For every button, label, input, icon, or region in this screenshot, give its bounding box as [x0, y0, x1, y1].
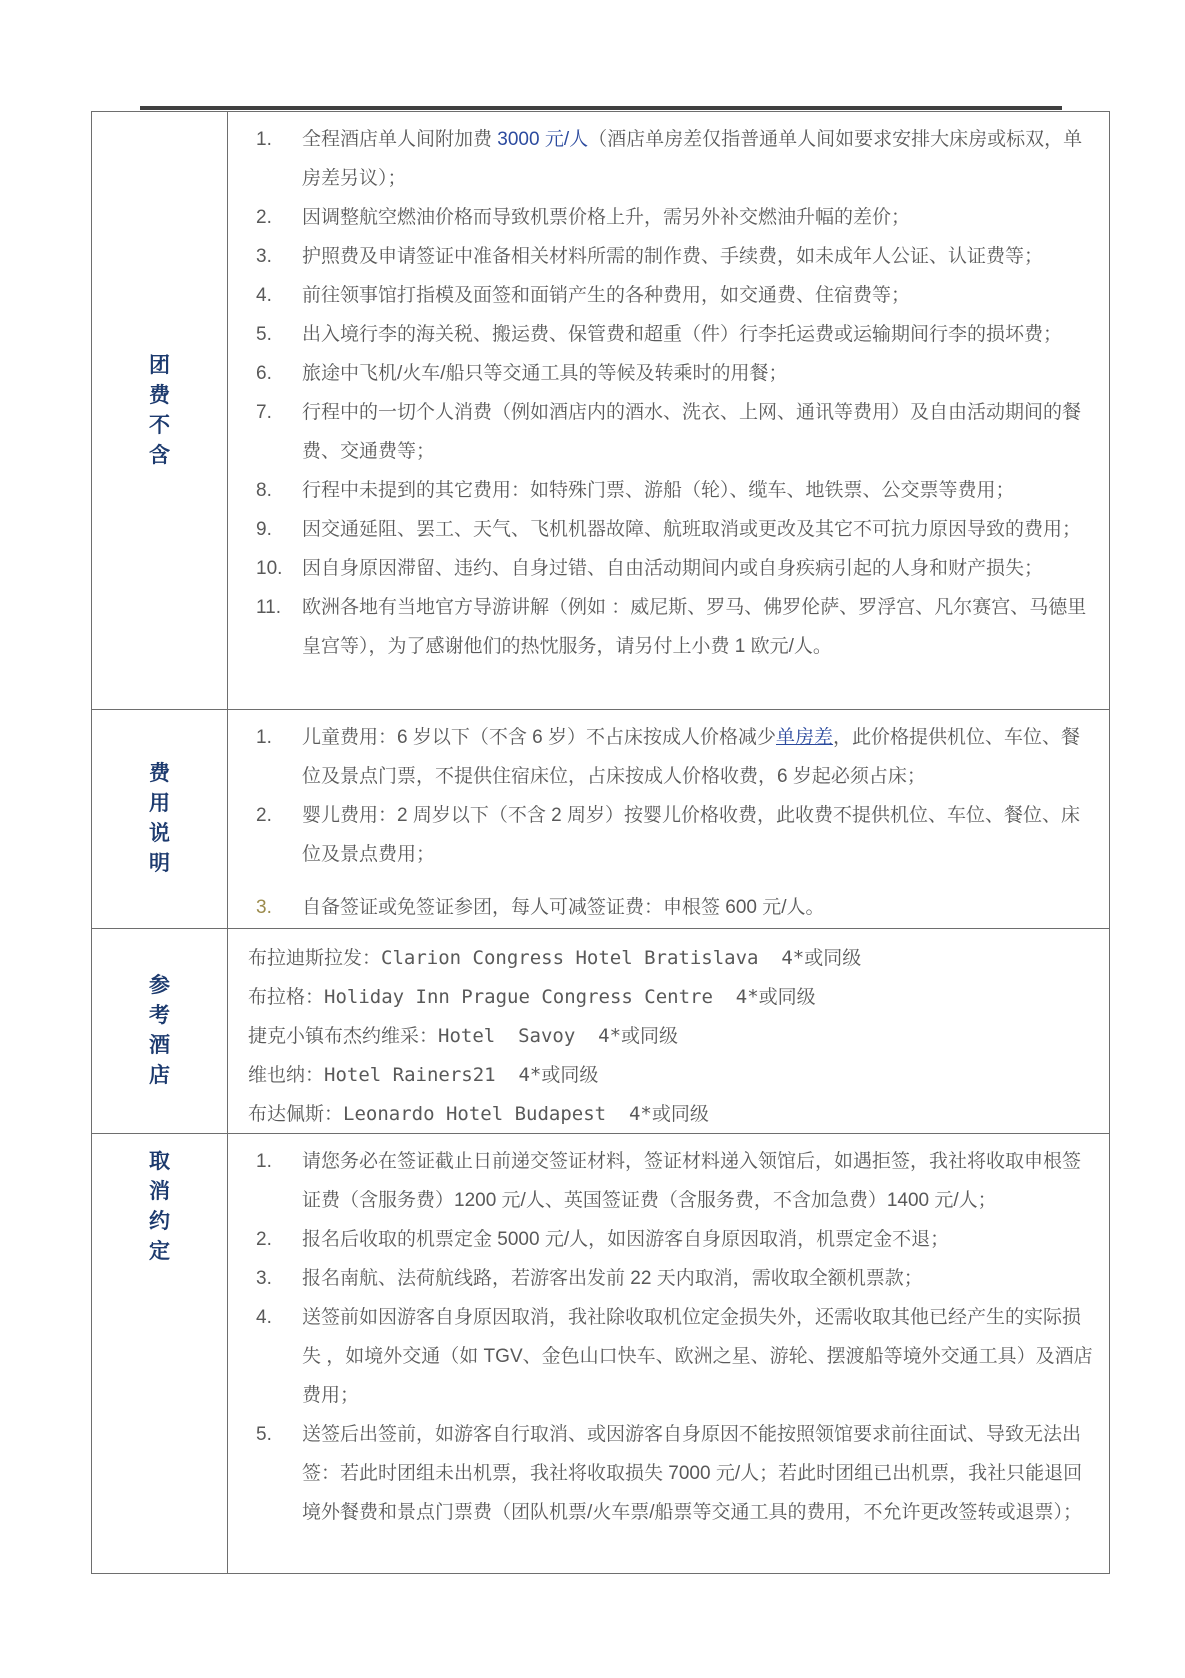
list-item: 3. 护照费及申请签证中准备相关材料所需的制作费、手续费，如未成年人公证、认证费… [256, 237, 1097, 276]
item-text: 自备签证或免签证参团，每人可减签证费：申根签 600 元/人。 [302, 888, 1097, 927]
item-number: 8. [256, 471, 302, 510]
row-header-fee-notes: 费用说明 [92, 710, 228, 928]
item-text: 婴儿费用：2 周岁以下（不含 2 周岁）按婴儿价格收费，此收费不提供机位、车位、… [302, 796, 1097, 874]
row-header-fees-excluded: 团费不含 [92, 112, 228, 709]
item-text: 报名后收取的机票定金 5000 元/人，如因游客自身原因取消，机票定金不退； [302, 1220, 1097, 1259]
list-item: 11. 欧洲各地有当地官方导游讲解（例如 ：威尼斯、罗马、佛罗伦萨、罗浮宫、凡尔… [256, 588, 1097, 666]
list-item: 5. 出入境行李的海关税、搬运费、保管费和超重（件）行李托运费或运输期间行李的损… [256, 315, 1097, 354]
terms-table: 团费不含 1. 全程酒店单人间附加费 3000 元/人（酒店单房差仅指普通单人间… [91, 111, 1110, 1574]
list-item: 3. 自备签证或免签证参团，每人可减签证费：申根签 600 元/人。 [256, 888, 1097, 927]
item-text-segment: 全程酒店单人间附加费 [302, 129, 497, 150]
hotel-line: 布达佩斯：Leonardo Hotel Budapest 4*或同级 [248, 1095, 1097, 1134]
item-number: 3. [256, 888, 302, 927]
table-row-reference-hotels: 参考酒店 布拉迪斯拉发：Clarion Congress Hotel Brati… [92, 929, 1109, 1134]
item-text: 欧洲各地有当地官方导游讲解（例如 ：威尼斯、罗马、佛罗伦萨、罗浮宫、凡尔赛宫、马… [302, 588, 1097, 666]
top-rule [140, 106, 1062, 110]
item-text-segment: 儿童费用：6 岁以下（不含 6 岁）不占床按成人价格减少 [302, 727, 776, 748]
item-number: 4. [256, 276, 302, 315]
fee-notes-content: 1. 儿童费用：6 岁以下（不含 6 岁）不占床按成人价格减少单房差，此价格提供… [228, 710, 1109, 928]
item-text: 出入境行李的海关税、搬运费、保管费和超重（件）行李托运费或运输期间行李的损坏费； [302, 315, 1097, 354]
item-number: 7. [256, 393, 302, 471]
item-number: 3. [256, 1259, 302, 1298]
hotel-line: 布拉迪斯拉发：Clarion Congress Hotel Bratislava… [248, 939, 1097, 978]
item-text: 行程中未提到的其它费用：如特殊门票、游船（轮）、缆车、地铁票、公交票等费用； [302, 471, 1097, 510]
item-number: 10. [256, 549, 302, 588]
hotel-line: 维也纳：Hotel Rainers21 4*或同级 [248, 1056, 1097, 1095]
list-item: 9. 因交通延阻、罢工、天气、飞机机器故障、航班取消或更改及其它不可抗力原因导致… [256, 510, 1097, 549]
item-text: 因交通延阻、罢工、天气、飞机机器故障、航班取消或更改及其它不可抗力原因导致的费用… [302, 510, 1097, 549]
hotel-line: 布拉格：Holiday Inn Prague Congress Centre 4… [248, 978, 1097, 1017]
list-item: 4. 前往领事馆打指模及面签和面销产生的各种费用，如交通费、住宿费等； [256, 276, 1097, 315]
item-number: 4. [256, 1298, 302, 1415]
item-number: 3. [256, 237, 302, 276]
document-page: { "colors": { "accent_blue": "#2b4a9e", … [0, 0, 1185, 1678]
row-header-cancellation-terms: 取消约定 [92, 1134, 228, 1573]
item-number: 2. [256, 198, 302, 237]
item-number: 11. [256, 588, 302, 666]
item-number: 2. [256, 1220, 302, 1259]
list-item: 1. 请您务必在签证截止日前递交签证材料，签证材料递入领馆后，如遇拒签，我社将收… [256, 1142, 1097, 1220]
list-item: 8. 行程中未提到的其它费用：如特殊门票、游船（轮）、缆车、地铁票、公交票等费用… [256, 471, 1097, 510]
row-header-label: 参考酒店 [148, 971, 172, 1091]
list-item: 4. 送签前如因游客自身原因取消，我社除收取机位定金损失外，还需收取其他已经产生… [256, 1298, 1097, 1415]
row-header-label: 取消约定 [148, 1147, 172, 1267]
item-number: 1. [256, 718, 302, 796]
table-row-cancellation-terms: 取消约定 1. 请您务必在签证截止日前递交签证材料，签证材料递入领馆后，如遇拒签… [92, 1134, 1109, 1573]
item-text: 因自身原因滞留、违约、自身过错、自由活动期间内或自身疾病引起的人身和财产损失； [302, 549, 1097, 588]
hotel-line: 捷克小镇布杰约维采：Hotel Savoy 4*或同级 [248, 1017, 1097, 1056]
price-highlight: 3000 元/人 [497, 129, 588, 150]
item-text: 送签后出签前，如游客自行取消、或因游客自身原因不能按照领馆要求前往面试、导致无法… [302, 1415, 1097, 1532]
item-text: 儿童费用：6 岁以下（不含 6 岁）不占床按成人价格减少单房差，此价格提供机位、… [302, 718, 1097, 796]
list-item: 7. 行程中的一切个人消费（例如酒店内的酒水、洗衣、上网、通讯等费用）及自由活动… [256, 393, 1097, 471]
list-item: 2. 报名后收取的机票定金 5000 元/人，如因游客自身原因取消，机票定金不退… [256, 1220, 1097, 1259]
item-text: 报名南航、法荷航线路，若游客出发前 22 天内取消，需收取全额机票款； [302, 1259, 1097, 1298]
item-text: 前往领事馆打指模及面签和面销产生的各种费用，如交通费、住宿费等； [302, 276, 1097, 315]
list-item: 5. 送签后出签前，如游客自行取消、或因游客自身原因不能按照领馆要求前往面试、导… [256, 1415, 1097, 1532]
item-number: 5. [256, 315, 302, 354]
item-text: 旅途中飞机/火车/船只等交通工具的等候及转乘时的用餐； [302, 354, 1097, 393]
single-room-supplement-link[interactable]: 单房差 [776, 727, 833, 748]
item-number: 5. [256, 1415, 302, 1532]
list-item: 2. 婴儿费用：2 周岁以下（不含 2 周岁）按婴儿价格收费，此收费不提供机位、… [256, 796, 1097, 874]
item-number: 1. [256, 120, 302, 198]
item-text: 护照费及申请签证中准备相关材料所需的制作费、手续费，如未成年人公证、认证费等； [302, 237, 1097, 276]
row-header-reference-hotels: 参考酒店 [92, 929, 228, 1133]
row-header-label: 团费不含 [148, 351, 172, 471]
fees-excluded-content: 1. 全程酒店单人间附加费 3000 元/人（酒店单房差仅指普通单人间如要求安排… [228, 112, 1109, 709]
item-number: 9. [256, 510, 302, 549]
list-item: 3. 报名南航、法荷航线路，若游客出发前 22 天内取消，需收取全额机票款； [256, 1259, 1097, 1298]
table-row-fees-excluded: 团费不含 1. 全程酒店单人间附加费 3000 元/人（酒店单房差仅指普通单人间… [92, 112, 1109, 710]
row-header-label: 费用说明 [148, 759, 172, 879]
item-text: 送签前如因游客自身原因取消，我社除收取机位定金损失外，还需收取其他已经产生的实际… [302, 1298, 1097, 1415]
reference-hotels-content: 布拉迪斯拉发：Clarion Congress Hotel Bratislava… [228, 929, 1109, 1133]
item-number: 1. [256, 1142, 302, 1220]
list-item: 10. 因自身原因滞留、违约、自身过错、自由活动期间内或自身疾病引起的人身和财产… [256, 549, 1097, 588]
list-item: 2. 因调整航空燃油价格而导致机票价格上升，需另外补交燃油升幅的差价； [256, 198, 1097, 237]
item-text: 请您务必在签证截止日前递交签证材料，签证材料递入领馆后，如遇拒签，我社将收取申根… [302, 1142, 1097, 1220]
item-number: 2. [256, 796, 302, 874]
list-item: 1. 儿童费用：6 岁以下（不含 6 岁）不占床按成人价格减少单房差，此价格提供… [256, 718, 1097, 796]
item-text: 因调整航空燃油价格而导致机票价格上升，需另外补交燃油升幅的差价； [302, 198, 1097, 237]
cancellation-terms-content: 1. 请您务必在签证截止日前递交签证材料，签证材料递入领馆后，如遇拒签，我社将收… [228, 1134, 1109, 1573]
item-text: 行程中的一切个人消费（例如酒店内的酒水、洗衣、上网、通讯等费用）及自由活动期间的… [302, 393, 1097, 471]
list-item: 1. 全程酒店单人间附加费 3000 元/人（酒店单房差仅指普通单人间如要求安排… [256, 120, 1097, 198]
list-item: 6. 旅途中飞机/火车/船只等交通工具的等候及转乘时的用餐； [256, 354, 1097, 393]
item-text: 全程酒店单人间附加费 3000 元/人（酒店单房差仅指普通单人间如要求安排大床房… [302, 120, 1097, 198]
table-row-fee-notes: 费用说明 1. 儿童费用：6 岁以下（不含 6 岁）不占床按成人价格减少单房差，… [92, 710, 1109, 929]
item-number: 6. [256, 354, 302, 393]
